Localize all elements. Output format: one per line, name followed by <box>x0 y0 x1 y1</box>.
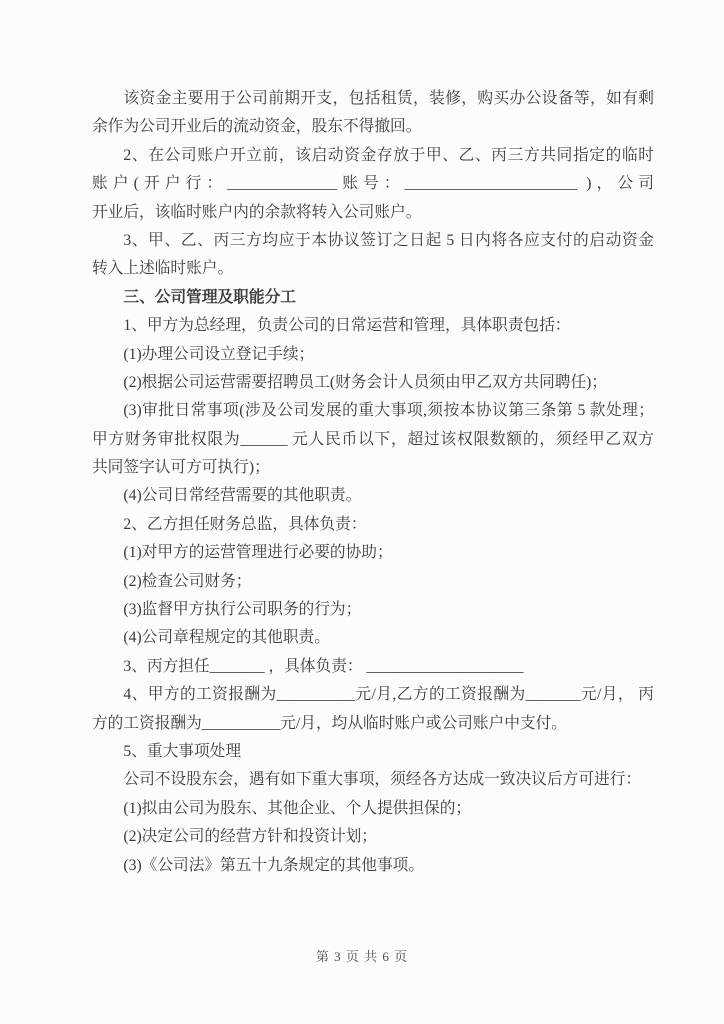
contract-line-with-blank-fields: 方的工资报酬为__________元/月，均从临时账户或公司账户中支付。 <box>92 710 654 738</box>
contract-line: (3)《公司法》第五十九条规定的其他事项。 <box>92 852 654 880</box>
contract-line: 该资金主要用于公司前期开支，包括租赁，装修，购买办公设备等，如有剩 <box>92 85 654 113</box>
section-heading: 三、公司管理及职能分工 <box>92 284 654 312</box>
contract-line: (1)办理公司设立登记手续； <box>92 341 654 369</box>
contract-line-with-blank-fields: 3、丙方担任_______ ，具体负责： ___________________… <box>92 653 654 681</box>
contract-line: (4)公司日常经营需要的其他职责。 <box>92 482 654 510</box>
contract-line: (1)拟由公司为股东、其他企业、个人提供担保的； <box>92 795 654 823</box>
contract-line-with-blank-fields: 甲方财务审批权限为______ 元人民币以下，超过该权限数额的，须经甲乙双方 <box>92 426 654 454</box>
contract-line: (3)审批日常事项(涉及公司发展的重大事项,须按本协议第三条第 5 款处理； <box>92 397 654 425</box>
contract-line: (2)根据公司运营需要招聘员工(财务会计人员须由甲乙双方共同聘任)； <box>92 369 654 397</box>
contract-line-with-blank-fields: 4、甲方的工资报酬为__________元/月,乙方的工资报酬为_______元… <box>92 681 654 709</box>
contract-line: 3、甲、乙、丙三方均应于本协议签订之日起 5 日内将各应支付的启动资金 <box>92 227 654 255</box>
page-number-footer: 第 3 页 共 6 页 <box>0 946 724 965</box>
contract-body: 该资金主要用于公司前期开支，包括租赁，装修，购买办公设备等，如有剩 余作为公司开… <box>92 85 654 880</box>
contract-line: 余作为公司开业后的流动资金，股东不得撤回。 <box>92 113 654 141</box>
contract-line: 转入上述临时账户。 <box>92 255 654 283</box>
contract-line: (1)对甲方的运营管理进行必要的协助； <box>92 539 654 567</box>
contract-line: 开业后，该临时账户内的余款将转入公司账户。 <box>92 199 654 227</box>
contract-line: (2)检查公司财务； <box>92 568 654 596</box>
contract-line: (2)决定公司的经营方针和投资计划； <box>92 823 654 851</box>
contract-line-with-blank-fields: 账户(开户行：______________账号：________________… <box>92 170 654 198</box>
contract-line: 2、乙方担任财务总监，具体负责： <box>92 511 654 539</box>
contract-line: 公司不设股东会，遇有如下重大事项，须经各方达成一致决议后方可进行： <box>92 766 654 794</box>
document-page: 该资金主要用于公司前期开支，包括租赁，装修，购买办公设备等，如有剩 余作为公司开… <box>0 0 724 1024</box>
contract-line: 共同签字认可方可执行)； <box>92 454 654 482</box>
contract-line: 2、在公司账户开立前，该启动资金存放于甲、乙、丙三方共同指定的临时 <box>92 142 654 170</box>
contract-line: (3)监督甲方执行公司职务的行为； <box>92 596 654 624</box>
contract-line: (4)公司章程规定的其他职责。 <box>92 624 654 652</box>
contract-line: 1、甲方为总经理，负责公司的日常运营和管理，具体职责包括： <box>92 312 654 340</box>
contract-line: 5、重大事项处理 <box>92 738 654 766</box>
